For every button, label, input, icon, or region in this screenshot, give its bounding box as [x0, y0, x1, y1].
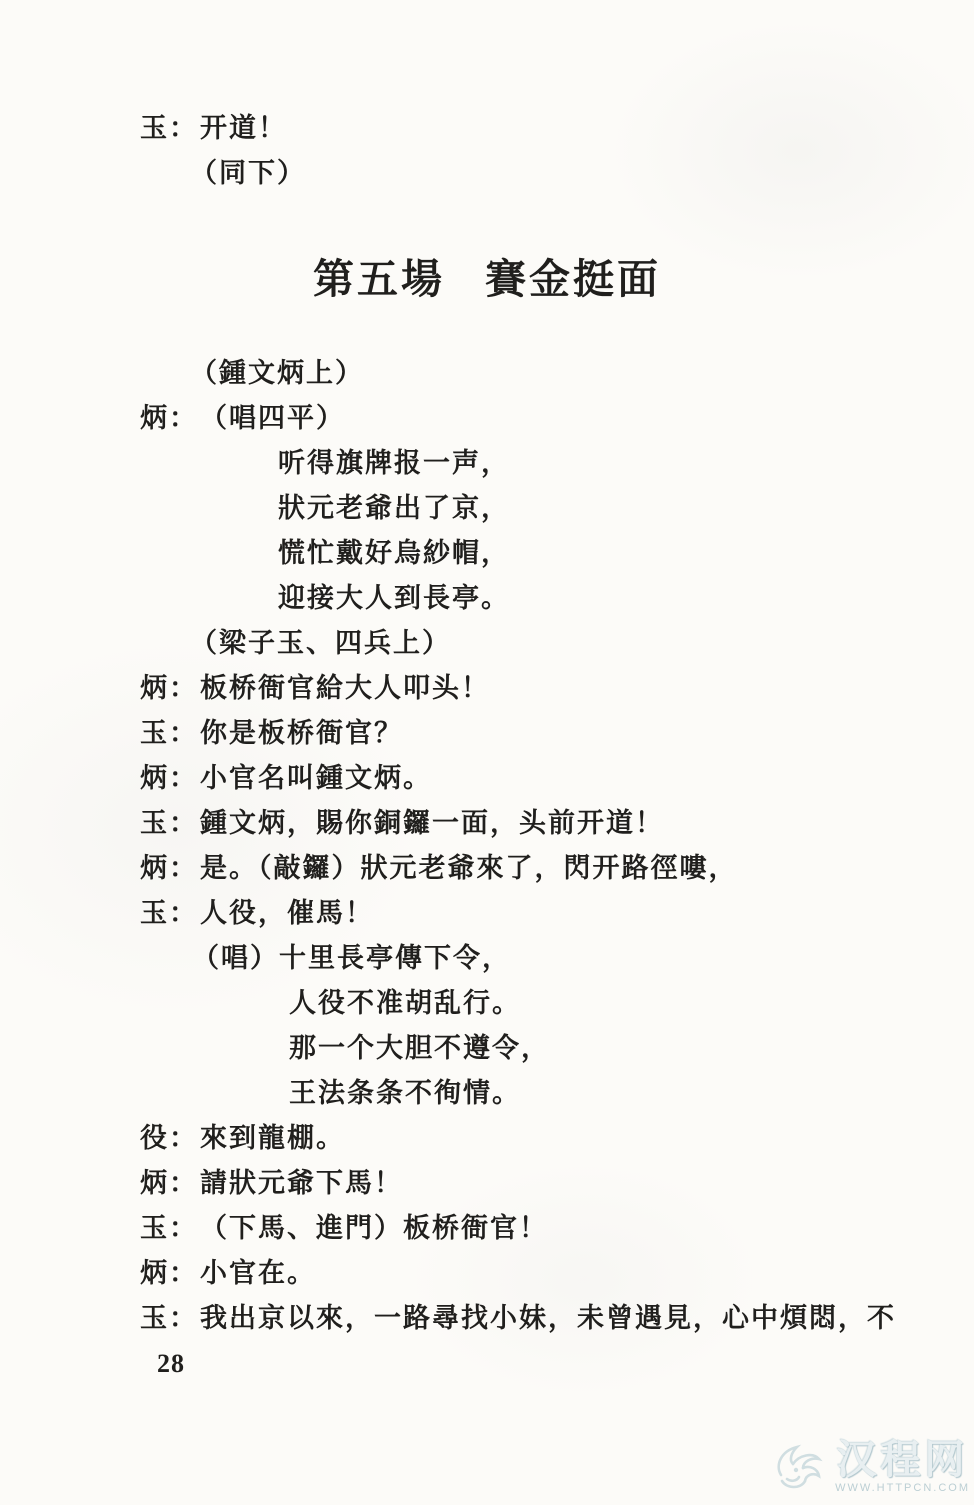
- scanned-script-page: 玉：开道！ （同下） 第五場賽金挺面 （鍾文炳上） 炳：（唱四平） 听得旗牌报一…: [0, 0, 974, 1505]
- dialogue-line: 炳：小官名叫鍾文炳。: [0, 756, 974, 801]
- dialogue-text: 小官名叫鍾文炳。: [200, 763, 432, 793]
- dialogue-line: 炳：請狀元爺下馬！: [0, 1161, 974, 1206]
- dialogue-text: 板桥衙官給大人叩头！: [200, 673, 490, 703]
- speaker-label: 役：: [140, 1116, 198, 1161]
- verse-line: 那一个大胆不遵令，: [0, 1026, 974, 1071]
- watermark: 汉程网 WWW.HTTPCN.COM: [769, 1435, 970, 1499]
- watermark-logo-icon: [769, 1435, 833, 1499]
- dialogue-line: 玉：（下馬、進門）板桥衙官！: [0, 1206, 974, 1251]
- dialogue-line: 玉：鍾文炳，賜你銅鑼一面，头前开道！: [0, 801, 974, 846]
- stage-direction: （鍾文炳上）: [0, 351, 974, 396]
- watermark-site-name: 汉程网: [837, 1440, 969, 1480]
- speaker-label: 炳：: [140, 846, 198, 891]
- dialogue-text: 小官在。: [200, 1258, 316, 1288]
- dialogue-line: 役：來到龍棚。: [0, 1116, 974, 1161]
- verse-line: 人役不准胡乱行。: [0, 981, 974, 1026]
- dialogue-line: 炳：小官在。: [0, 1251, 974, 1296]
- page-content: 玉：开道！ （同下） 第五場賽金挺面 （鍾文炳上） 炳：（唱四平） 听得旗牌报一…: [0, 106, 974, 1386]
- speaker-label: 炳：: [140, 1161, 198, 1206]
- speaker-label: 玉：: [140, 891, 198, 936]
- verse-line: 听得旗牌报一声，: [0, 441, 974, 486]
- speaker-label: 炳：: [140, 666, 198, 711]
- speaker-label: 玉：: [140, 711, 198, 756]
- dialogue-line: 玉：你是板桥衙官？: [0, 711, 974, 756]
- speaker-label: 玉：: [140, 1296, 198, 1341]
- verse-line: 狀元老爺出了京，: [0, 486, 974, 531]
- speaker-label: 炳：: [140, 1251, 198, 1296]
- dialogue-text: （下馬、進門）板桥衙官！: [200, 1213, 548, 1243]
- dialogue-line: 炳：（唱四平）: [0, 396, 974, 441]
- speaker-label: 炳：: [140, 396, 198, 441]
- dialogue-text: 請狀元爺下馬！: [200, 1168, 403, 1198]
- verse-line: （唱）十里長亭傳下令，: [0, 936, 974, 981]
- scene-title: 第五場賽金挺面: [0, 253, 974, 305]
- dialogue-text: 你是板桥衙官？: [200, 718, 403, 748]
- dialogue-line: 玉：开道！: [0, 106, 974, 151]
- stage-direction: （同下）: [0, 151, 974, 196]
- dialogue-text: 是。（敲鑼）狀元老爺來了，閃开路徑嘍，: [200, 853, 738, 883]
- verse-line: 迎接大人到長亭。: [0, 576, 974, 621]
- dialogue-text: 來到龍棚。: [200, 1123, 345, 1153]
- dialogue-line: 玉：人役，催馬！: [0, 891, 974, 936]
- dialogue-text: 我出京以來，一路尋找小妹，未曾遇見，心中煩悶，不: [200, 1303, 896, 1333]
- verse-line: 慌忙戴好烏紗帽，: [0, 531, 974, 576]
- dialogue-text: 人役，催馬！: [200, 898, 374, 928]
- speaker-label: 玉：: [140, 106, 198, 151]
- verse-line: 王法条条不徇情。: [0, 1071, 974, 1116]
- watermark-text: 汉程网 WWW.HTTPCN.COM: [835, 1440, 970, 1494]
- scene-number: 第五場: [313, 256, 445, 302]
- dialogue-text: （唱四平）: [200, 403, 345, 433]
- speaker-label: 玉：: [140, 801, 198, 846]
- dialogue-line: 炳：板桥衙官給大人叩头！: [0, 666, 974, 711]
- dialogue-line: 玉：我出京以來，一路尋找小妹，未曾遇見，心中煩悶，不: [0, 1296, 974, 1341]
- dialogue-line: 炳：是。（敲鑼）狀元老爺來了，閃开路徑嘍，: [0, 846, 974, 891]
- page-number: 28: [0, 1341, 974, 1386]
- stage-direction: （梁子玉、四兵上）: [0, 621, 974, 666]
- dialogue-text: 鍾文炳，賜你銅鑼一面，头前开道！: [200, 808, 664, 838]
- watermark-url: WWW.HTTPCN.COM: [835, 1483, 970, 1494]
- speaker-label: 炳：: [140, 756, 198, 801]
- scene-name: 賽金挺面: [485, 256, 661, 302]
- speaker-label: 玉：: [140, 1206, 198, 1251]
- dialogue-text: 开道！: [200, 113, 287, 143]
